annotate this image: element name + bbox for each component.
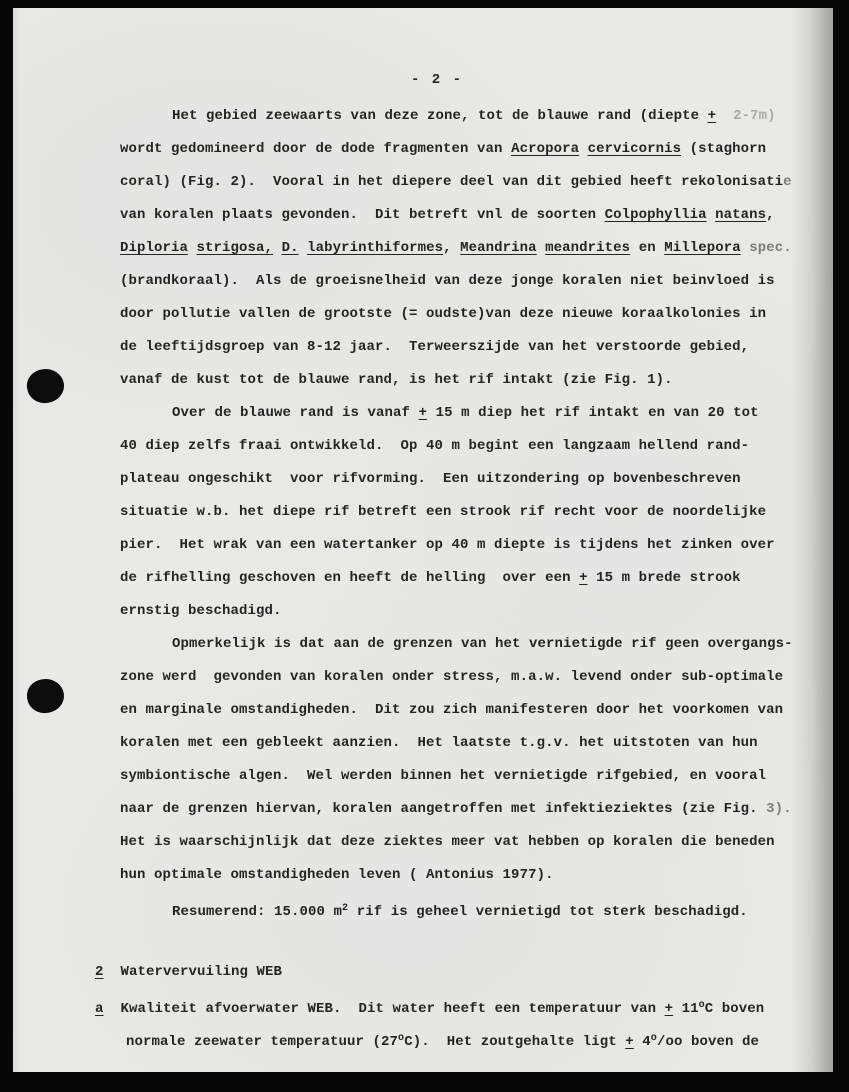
text-line: koralen met een gebleekt aanzien. Het la…	[120, 727, 826, 760]
text-line: Het is waarschijnlijk dat deze ziektes m…	[120, 826, 826, 859]
text-line: Resumerend: 15.000 m2 rif is geheel vern…	[120, 892, 826, 925]
text-line: symbiontische algen. Wel werden binnen h…	[120, 760, 826, 793]
punch-hole-bottom	[25, 677, 66, 716]
text-line: vanaf de kust tot de blauwe rand, is het…	[120, 364, 826, 397]
text-line: zone werd gevonden van koralen onder str…	[120, 661, 826, 694]
text-line: de rifhelling geschoven en heeft de hell…	[120, 562, 826, 595]
text-line: pier. Het wrak van een watertanker op 40…	[120, 529, 826, 562]
text-line: (brandkoraal). Als de groeisnelheid van …	[120, 265, 826, 298]
page-number: - 2 -	[392, 72, 482, 88]
punch-hole-top	[25, 367, 66, 406]
text-line: coral) (Fig. 2). Vooral in het diepere d…	[120, 166, 826, 199]
document-body: Het gebied zeewaarts van deze zone, tot …	[120, 100, 826, 1055]
text-line: Het gebied zeewaarts van deze zone, tot …	[120, 100, 826, 133]
text-line: plateau ongeschikt voor rifvorming. Een …	[120, 463, 826, 496]
text-line: Opmerkelijk is dat aan de grenzen van he…	[120, 628, 826, 661]
text-line: Diploria strigosa, D. labyrinthiformes, …	[120, 232, 826, 265]
text-line: hun optimale omstandigheden leven ( Anto…	[120, 859, 826, 892]
text-line: Over de blauwe rand is vanaf + 15 m diep…	[120, 397, 826, 430]
text-line: normale zeewater temperatuur (27oC). Het…	[120, 1022, 826, 1055]
text-line: wordt gedomineerd door de dode fragmente…	[120, 133, 826, 166]
text-line: de leeftijdsgroep van 8-12 jaar. Terweer…	[120, 331, 826, 364]
text-line: ernstig beschadigd.	[120, 595, 826, 628]
text-line: 40 diep zelfs fraai ontwikkeld. Op 40 m …	[120, 430, 826, 463]
text-line: en marginale omstandigheden. Dit zou zic…	[120, 694, 826, 727]
text-line: situatie w.b. het diepe rif betreft een …	[120, 496, 826, 529]
text-line: a Kwaliteit afvoerwater WEB. Dit water h…	[95, 989, 826, 1022]
text-line: van koralen plaats gevonden. Dit betreft…	[120, 199, 826, 232]
text-line: naar de grenzen hiervan, koralen aangetr…	[120, 793, 826, 826]
text-line: door pollutie vallen de grootste (= ouds…	[120, 298, 826, 331]
text-line: 2 Watervervuiling WEB	[95, 956, 826, 989]
scanned-page: - 2 - Het gebied zeewaarts van deze zone…	[13, 8, 833, 1072]
